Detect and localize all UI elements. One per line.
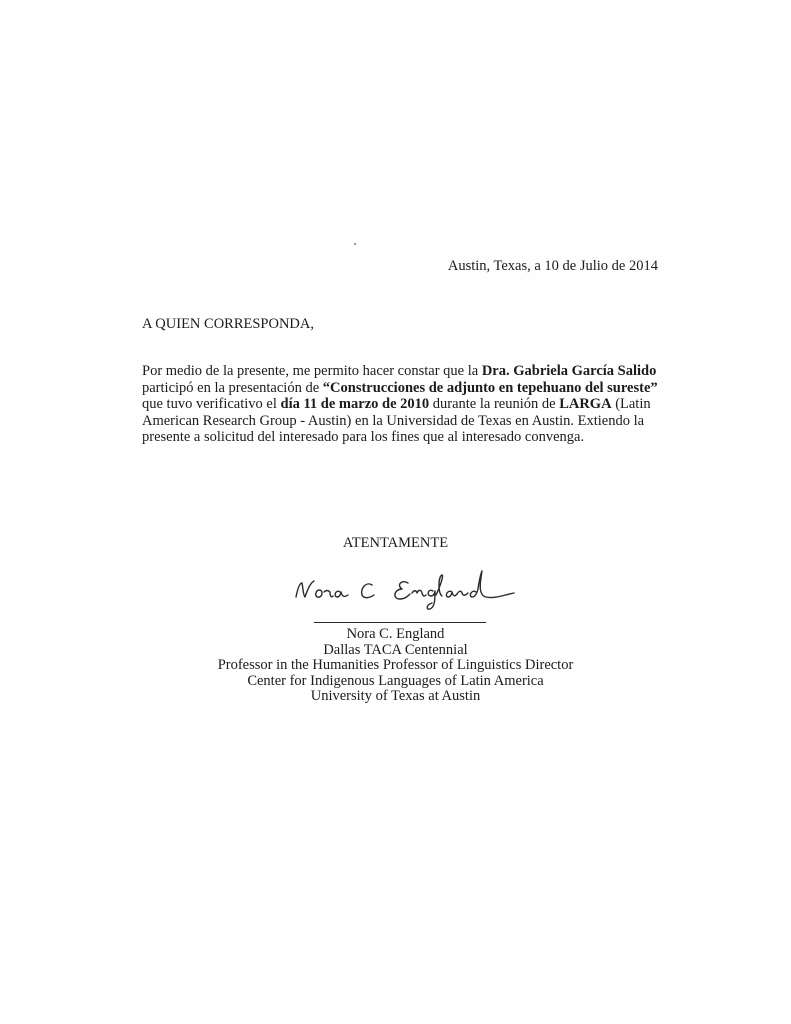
letter-body: Por medio de la presente, me permito hac… (142, 363, 662, 446)
letter-page: Austin, Texas, a 10 de Julio de 2014 A Q… (0, 0, 791, 1024)
body-text-fragment: (Latin (612, 396, 651, 412)
body-text-fragment: participó en la presentación de (142, 380, 323, 396)
recipient-name: Dra. Gabriela García Salido (482, 363, 657, 379)
event-name: LARGA (559, 396, 611, 412)
signature-line (314, 622, 486, 623)
body-text-fragment: que tuvo verificativo el (142, 396, 281, 412)
body-line-4: American Research Group - Austin) en la … (142, 413, 662, 430)
signatory-title-2: Professor in the Humanities Professor of… (0, 658, 791, 674)
signature-block: Nora C. England Dallas TACA Centennial P… (0, 627, 791, 705)
scan-speck (354, 243, 356, 245)
body-line-5: presente a solicitud del interesado para… (142, 429, 662, 446)
body-line-2: participó en la presentación de “Constru… (142, 380, 662, 397)
handwritten-signature (290, 565, 520, 615)
body-line-1: Por medio de la presente, me permito hac… (142, 363, 662, 380)
signatory-institution-1: Center for Indigenous Languages of Latin… (0, 674, 791, 690)
closing: ATENTAMENTE (0, 535, 791, 552)
body-line-3: que tuvo verificativo el día 11 de marzo… (142, 396, 662, 413)
presentation-title: “Construcciones de adjunto en tepehuano … (323, 380, 658, 396)
date-line: Austin, Texas, a 10 de Julio de 2014 (448, 258, 658, 275)
body-text-fragment: Por medio de la presente, me permito hac… (142, 363, 482, 379)
signatory-name: Nora C. England (0, 627, 791, 643)
signatory-title-1: Dallas TACA Centennial (0, 643, 791, 659)
salutation: A QUIEN CORRESPONDA, (142, 316, 314, 333)
signatory-institution-2: University of Texas at Austin (0, 689, 791, 705)
body-text-fragment: durante la reunión de (429, 396, 559, 412)
presentation-date: día 11 de marzo de 2010 (281, 396, 430, 412)
